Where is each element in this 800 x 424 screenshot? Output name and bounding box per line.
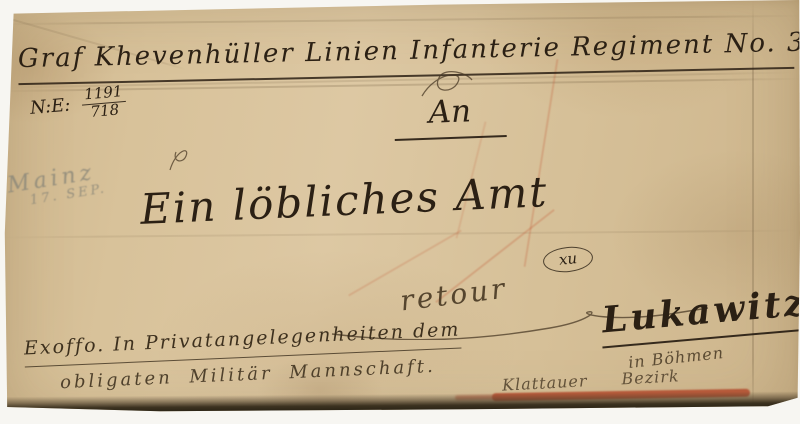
- reference-fraction: 1191 718: [81, 84, 128, 121]
- reference-prefix: N:E:: [29, 94, 71, 118]
- scan-background: Graf Khevenhüller Linien Infanterie Regi…: [0, 0, 800, 424]
- postmark: Mainz 17. SEP.: [6, 159, 108, 212]
- paper-bottom-edge: [0, 391, 800, 413]
- fraction-denominator: 718: [82, 102, 127, 122]
- regiment-line-text: Graf Khevenhüller Linien Infanterie Regi…: [18, 27, 800, 74]
- fold-crease-top: [0, 15, 800, 25]
- destination-text: Lukawitz: [600, 282, 800, 342]
- paper: Graf Khevenhüller Linien Infanterie Regi…: [0, 0, 800, 424]
- destination: Lukawitz: [598, 281, 800, 349]
- red-crayon-line: [524, 59, 559, 267]
- oval-endorsement-text: xu: [558, 249, 578, 269]
- recipient-text: Ein löbliches Amt: [139, 167, 549, 234]
- reference-number: N:E: 1191 718: [29, 84, 128, 126]
- recipient-line: Ein löbliches Amt: [139, 167, 549, 234]
- fold-crease-middle: [0, 230, 800, 238]
- salutation-text: An: [428, 93, 472, 130]
- oval-endorsement: xu: [542, 244, 594, 274]
- service-note-line1-text: Exoffo. In Privatangelegenheiten dem: [24, 318, 461, 359]
- regiment-line: Graf Khevenhüller Linien Infanterie Regi…: [18, 28, 795, 85]
- salutation-an: An: [393, 92, 507, 141]
- flourish-ornament-recipient: [166, 146, 196, 172]
